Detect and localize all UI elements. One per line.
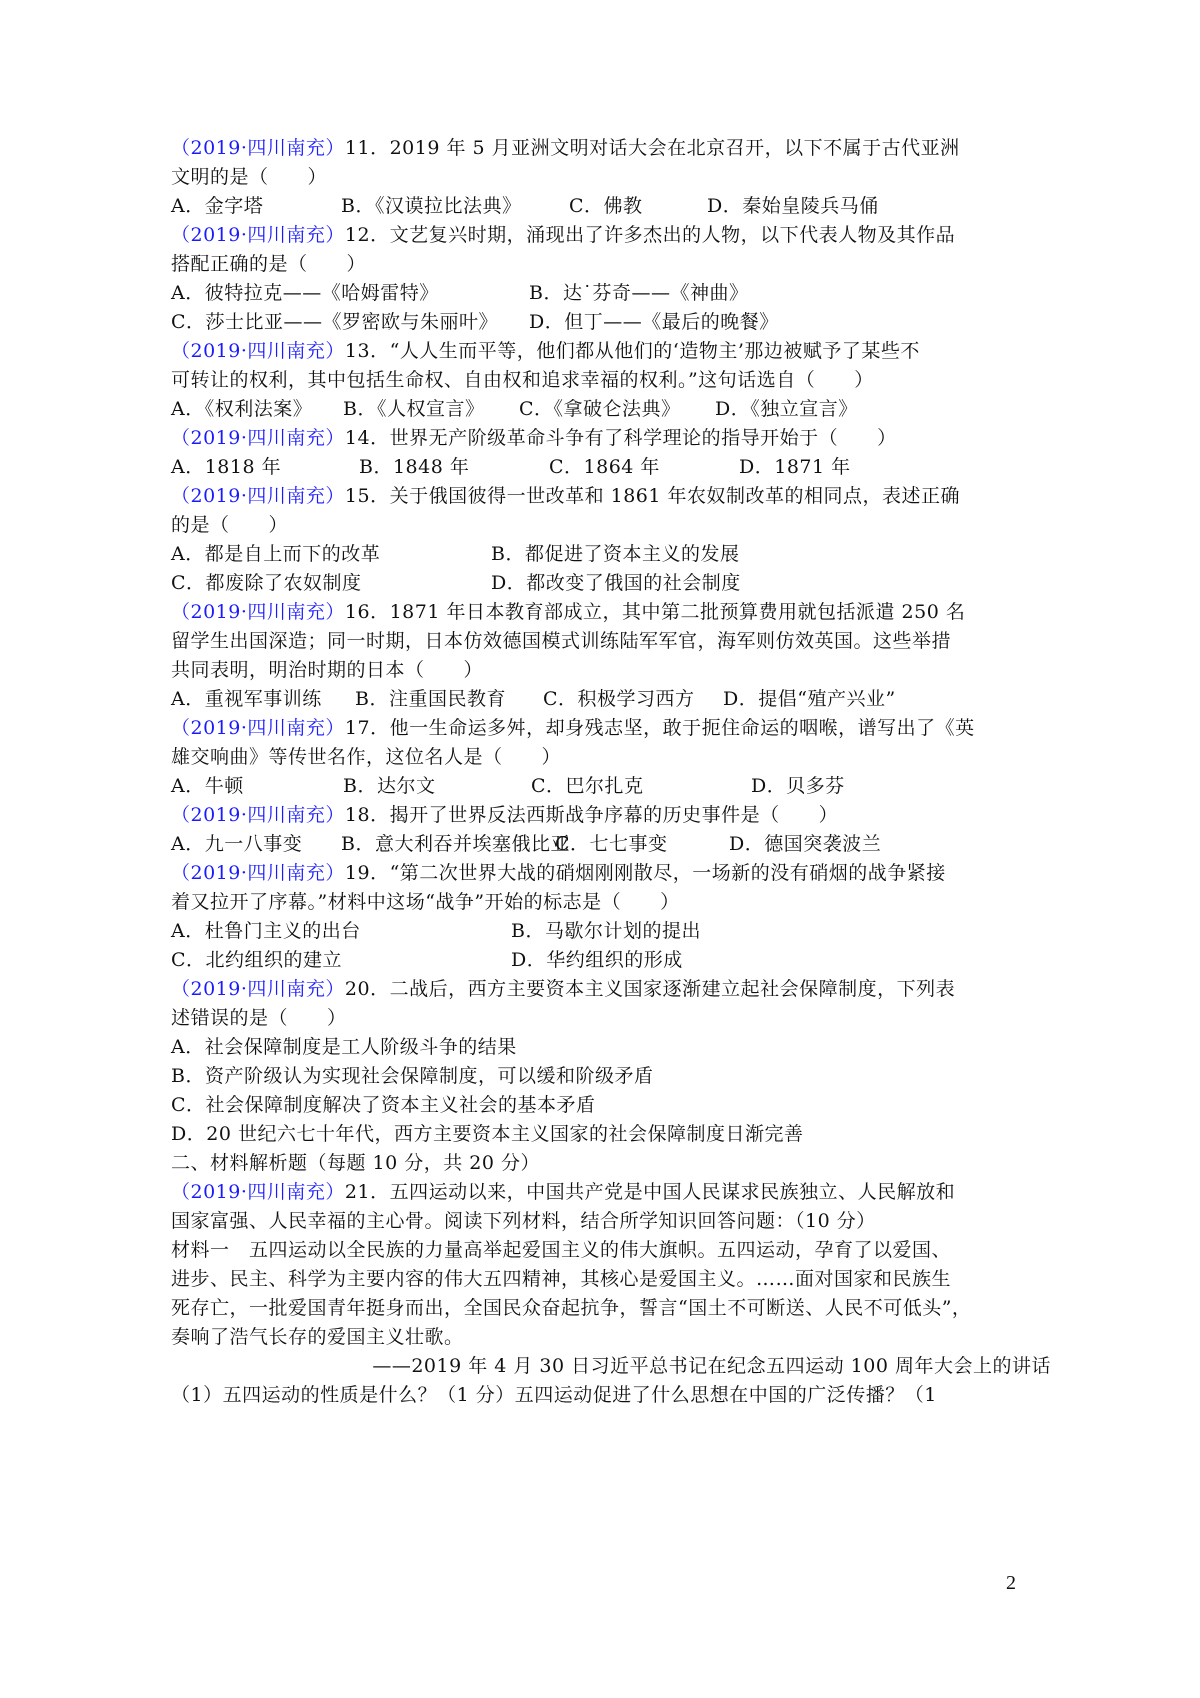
q16-stem-text: 16．1871 年日本教育部成立，其中第二批预算费用就包括派遣 250 名 [345,601,965,623]
q12-stem-cont: 搭配正确的是（ ） [171,250,1051,279]
q21-material1-line3: 死存亡，一批爱国青年挺身而出，全国民众奋起抗争，誓言“国土不可断送、人民不可低头… [171,1294,1051,1323]
section-heading: 二、材料解析题（每题 10 分，共 20 分） [171,1149,1051,1178]
source-tag: （2019·四川南充） [171,862,345,884]
q20-option-d: D．20 世纪六七十年代，西方主要资本主义国家的社会保障制度日渐完善 [171,1120,1051,1149]
source-tag: （2019·四川南充） [171,804,345,826]
document-page: （2019·四川南充）11．2019 年 5 月亚洲文明对话大会在北京召开，以下… [0,0,1200,1698]
q12-options-row1: A．彼特拉克——《哈姆雷特》 B．达˙芬奇——《神曲》 [171,279,1051,308]
q21-stem-text: 21．五四运动以来，中国共产党是中国人民谋求民族独立、人民解放和 [345,1181,955,1203]
q19-option-d: D．华约组织的形成 [511,946,683,975]
q15-option-d: D．都改变了俄国的社会制度 [491,569,741,598]
q12-options-row2: C．莎士比亚——《罗密欧与朱丽叶》 D．但丁——《最后的晚餐》 [171,308,1051,337]
q19-stem: （2019·四川南充）19．“第二次世界大战的硝烟刚刚散尽，一场新的没有硝烟的战… [171,859,1051,888]
q15-option-a: A．都是自上而下的改革 [171,540,380,569]
source-tag: （2019·四川南充） [171,717,345,739]
q15-stem-text: 15．关于俄国彼得一世改革和 1861 年农奴制改革的相同点，表述正确 [345,485,960,507]
q12-option-d: D．但丁——《最后的晚餐》 [529,308,779,337]
q16-stem-cont2: 共同表明，明治时期的日本（ ） [171,656,1051,685]
q17-option-b: B．达尔文 [343,772,435,801]
q15-stem: （2019·四川南充）15．关于俄国彼得一世改革和 1861 年农奴制改革的相同… [171,482,1051,511]
q11-option-a: A．金字塔 [171,192,263,221]
q21-stem-cont: 国家富强、人民幸福的主心骨。阅读下列材料，结合所学知识回答问题：（10 分） [171,1207,1051,1236]
q18-option-b: B．意大利吞并埃塞俄比亚 [341,830,570,859]
q11-stem-text: 11．2019 年 5 月亚洲文明对话大会在北京召开，以下不属于古代亚洲 [345,137,960,159]
source-tag: （2019·四川南充） [171,978,345,1000]
q12-option-b: B．达˙芬奇——《神曲》 [529,279,748,308]
q18-option-a: A．九一八事变 [171,830,302,859]
q17-stem-text: 17．他一生命运多舛，却身残志坚，敢于扼住命运的咽喉，谱写出了《英 [345,717,975,739]
q11-options: A．金字塔 B．《汉谟拉比法典》 C．佛教 D．秦始皇陵兵马俑 [171,192,1051,221]
source-tag: （2019·四川南充） [171,601,345,623]
q19-option-c: C．北约组织的建立 [171,946,342,975]
q14-option-c: C．1864 年 [549,453,660,482]
q11-option-c: C．佛教 [569,192,643,221]
q18-stem-text: 18．揭开了世界反法西斯战争序幕的历史事件是（ ） [345,804,838,826]
q17-stem: （2019·四川南充）17．他一生命运多舛，却身残志坚，敢于扼住命运的咽喉，谱写… [171,714,1051,743]
q20-stem: （2019·四川南充）20．二战后，西方主要资本主义国家逐渐建立起社会保障制度，… [171,975,1051,1004]
q15-option-b: B．都促进了资本主义的发展 [491,540,739,569]
q12-option-a: A．彼特拉克——《哈姆雷特》 [171,279,439,308]
q19-stem-cont: 着又拉开了序幕。”材料中这场“战争”开始的标志是（ ） [171,888,1051,917]
q16-option-a: A．重视军事训练 [171,685,322,714]
source-tag: （2019·四川南充） [171,427,345,449]
q14-stem-text: 14．世界无产阶级革命斗争有了科学理论的指导开始于（ ） [345,427,897,449]
q21-material1-line4: 奏响了浩气长存的爱国主义壮歌。 [171,1323,1051,1352]
q21-attribution: ——2019 年 4 月 30 日习近平总书记在纪念五四运动 100 周年大会上… [171,1352,1051,1381]
q13-stem: （2019·四川南充）13．“人人生而平等，他们都从他们的‘造物主’那边被赋予了… [171,337,1051,366]
q12-option-c: C．莎士比亚——《罗密欧与朱丽叶》 [171,308,498,337]
q18-option-d: D．德国突袭波兰 [729,830,881,859]
q13-stem-text: 13．“人人生而平等，他们都从他们的‘造物主’那边被赋予了某些不 [345,340,920,362]
q17-option-d: D．贝多芬 [751,772,845,801]
q21-material1-line1: 材料一 五四运动以全民族的力量高举起爱国主义的伟大旗帜。五四运动，孕育了以爱国、 [171,1236,1051,1265]
page-number: 2 [1006,1572,1016,1595]
q14-option-d: D．1871 年 [739,453,851,482]
q14-option-b: B．1848 年 [359,453,469,482]
q21-subquestion-1: （1）五四运动的性质是什么？（1 分）五四运动促进了什么思想在中国的广泛传播？（… [171,1381,1051,1410]
q13-option-b: B．《人权宣言》 [343,395,484,424]
source-tag: （2019·四川南充） [171,137,345,159]
q19-options-row2: C．北约组织的建立 D．华约组织的形成 [171,946,1051,975]
q13-option-c: C．《拿破仑法典》 [519,395,681,424]
q20-option-a: A．社会保障制度是工人阶级斗争的结果 [171,1033,1051,1062]
q17-option-c: C．巴尔扎克 [531,772,644,801]
q16-option-c: C．积极学习西方 [543,685,695,714]
q16-stem: （2019·四川南充）16．1871 年日本教育部成立，其中第二批预算费用就包括… [171,598,1051,627]
q21-stem: （2019·四川南充）21．五四运动以来，中国共产党是中国人民谋求民族独立、人民… [171,1178,1051,1207]
q12-stem-text: 12．文艺复兴时期，涌现出了许多杰出的人物，以下代表人物及其作品 [345,224,955,246]
q16-stem-cont: 留学生出国深造；同一时期，日本仿效德国模式训练陆军军官，海军则仿效英国。这些举措 [171,627,1051,656]
q18-option-c: C．七七事变 [555,830,668,859]
q16-option-d: D．提倡“殖产兴业” [723,685,896,714]
q17-options: A．牛顿 B．达尔文 C．巴尔扎克 D．贝多芬 [171,772,1051,801]
q20-stem-cont: 述错误的是（ ） [171,1004,1051,1033]
q15-options-row2: C．都废除了农奴制度 D．都改变了俄国的社会制度 [171,569,1051,598]
q15-stem-cont: 的是（ ） [171,511,1051,540]
q18-options: A．九一八事变 B．意大利吞并埃塞俄比亚 C．七七事变 D．德国突袭波兰 [171,830,1051,859]
q19-stem-text: 19．“第二次世界大战的硝烟刚刚散尽，一场新的没有硝烟的战争紧接 [345,862,946,884]
q14-options: A．1818 年 B．1848 年 C．1864 年 D．1871 年 [171,453,1051,482]
q19-option-b: B．马歇尔计划的提出 [511,917,701,946]
q11-stem: （2019·四川南充）11．2019 年 5 月亚洲文明对话大会在北京召开，以下… [171,134,1051,163]
q19-options-row1: A．杜鲁门主义的出台 B．马歇尔计划的提出 [171,917,1051,946]
q11-stem-cont: 文明的是（ ） [171,163,1051,192]
q20-option-c: C．社会保障制度解决了资本主义社会的基本矛盾 [171,1091,1051,1120]
q12-stem: （2019·四川南充）12．文艺复兴时期，涌现出了许多杰出的人物，以下代表人物及… [171,221,1051,250]
q11-option-d: D．秦始皇陵兵马俑 [707,192,879,221]
q14-stem: （2019·四川南充）14．世界无产阶级革命斗争有了科学理论的指导开始于（ ） [171,424,1051,453]
q17-option-a: A．牛顿 [171,772,244,801]
q19-option-a: A．杜鲁门主义的出台 [171,917,361,946]
q20-option-b: B．资产阶级认为实现社会保障制度，可以缓和阶级矛盾 [171,1062,1051,1091]
source-tag: （2019·四川南充） [171,224,345,246]
q20-stem-text: 20．二战后，西方主要资本主义国家逐渐建立起社会保障制度，下列表 [345,978,955,1000]
q13-option-d: D．《独立宣言》 [715,395,858,424]
q15-option-c: C．都废除了农奴制度 [171,569,362,598]
q21-material1-line2: 进步、民主、科学为主要内容的伟大五四精神，其核心是爱国主义。……面对国家和民族生 [171,1265,1051,1294]
q18-stem: （2019·四川南充）18．揭开了世界反法西斯战争序幕的历史事件是（ ） [171,801,1051,830]
source-tag: （2019·四川南充） [171,340,345,362]
q17-stem-cont: 雄交响曲》等传世名作，这位名人是（ ） [171,743,1051,772]
q16-options: A．重视军事训练 B．注重国民教育 C．积极学习西方 D．提倡“殖产兴业” [171,685,1051,714]
exam-content: （2019·四川南充）11．2019 年 5 月亚洲文明对话大会在北京召开，以下… [171,134,1051,1410]
q13-options: A．《权利法案》 B．《人权宣言》 C．《拿破仑法典》 D．《独立宣言》 [171,395,1051,424]
q15-options-row1: A．都是自上而下的改革 B．都促进了资本主义的发展 [171,540,1051,569]
q14-option-a: A．1818 年 [171,453,281,482]
source-tag: （2019·四川南充） [171,485,345,507]
q11-option-b: B．《汉谟拉比法典》 [341,192,521,221]
q13-stem-cont: 可转让的权利，其中包括生命权、自由权和追求幸福的权利。”这句话选自（ ） [171,366,1051,395]
q16-option-b: B．注重国民教育 [355,685,506,714]
source-tag: （2019·四川南充） [171,1181,345,1203]
q13-option-a: A．《权利法案》 [171,395,312,424]
